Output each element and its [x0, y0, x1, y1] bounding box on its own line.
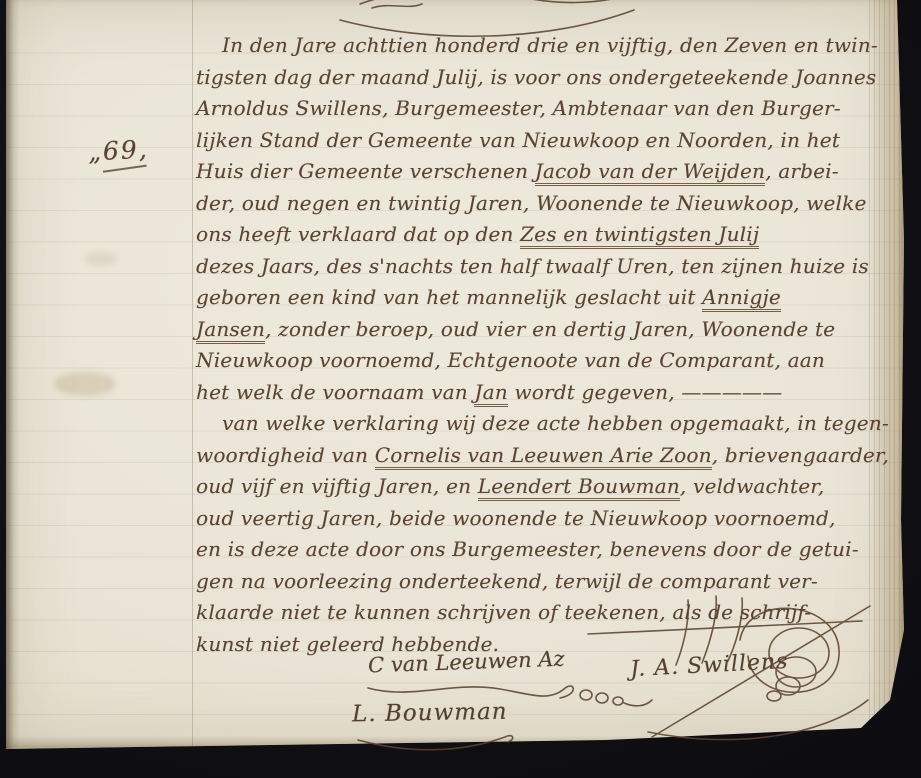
document-line: Nieuwkoop voornoemd, Echtgenoote van de …	[196, 345, 908, 377]
document-line: dezes Jaars, des s'nachts ten half twaal…	[196, 251, 908, 283]
underlined-name: Jan	[474, 380, 507, 407]
document-line: het welk de voornaam van Jan wordt gegev…	[196, 377, 908, 409]
document-line: oud veertig Jaren, beide woonende te Nie…	[196, 503, 908, 535]
document-line: lijken Stand der Gemeente van Nieuwkoop …	[196, 125, 908, 157]
underlined-name: Cornelis van Leeuwen Arie Zoon	[375, 443, 712, 470]
line-text: lijken Stand der Gemeente van Nieuwkoop …	[196, 128, 840, 152]
underlined-name: Leendert Bouwman	[478, 474, 680, 501]
document-line: der, oud negen en twintig Jaren, Woonend…	[196, 188, 908, 220]
document-line: Arnoldus Swillens, Burgemeester, Ambtena…	[196, 93, 908, 125]
line-text: ons heeft verklaard dat op den	[196, 222, 520, 246]
line-text: , zonder beroep, oud vier en dertig Jare…	[265, 317, 835, 341]
line-text: , veldwachter,	[680, 474, 825, 498]
act-number-value: „69,	[87, 134, 149, 166]
document-line: oud vijf en vijftig Jaren, en Leendert B…	[196, 471, 908, 503]
act-number: „69,	[87, 134, 149, 171]
line-text: van welke verklaring wij deze acte hebbe…	[222, 411, 889, 435]
document-line: geboren een kind van het mannelijk gesla…	[196, 282, 908, 314]
line-text: gen na voorleezing onderteekend, terwijl…	[196, 569, 818, 593]
line-text: Arnoldus Swillens, Burgemeester, Ambtena…	[196, 96, 841, 120]
document-line: Jansen, zonder beroep, oud vier en derti…	[196, 314, 908, 346]
document-line: en is deze acte door ons Burgemeester, b…	[196, 534, 908, 566]
line-text: der, oud negen en twintig Jaren, Woonend…	[196, 191, 867, 215]
margin-line	[192, 0, 193, 748]
document-line: tigsten dag der maand Julij, is voor ons…	[196, 62, 908, 94]
document-line: In den Jare achttien honderd drie en vij…	[196, 30, 908, 62]
line-text: oud vijf en vijftig Jaren, en	[196, 474, 478, 498]
line-text: In den Jare achttien honderd drie en vij…	[222, 33, 878, 57]
line-text: Huis dier Gemeente verschenen	[196, 159, 535, 183]
document-line: woordigheid van Cornelis van Leeuwen Ari…	[196, 440, 908, 472]
paper-stain	[54, 372, 116, 396]
signature-bouwman: L. Bouwman	[352, 699, 508, 728]
line-text: dezes Jaars, des s'nachts ten half twaal…	[196, 254, 869, 278]
underlined-name: Zes en twintigsten Julij	[520, 222, 759, 249]
line-text: het welk de voornaam van	[196, 380, 474, 404]
line-text: klaarde niet te kunnen schrijven of teek…	[196, 600, 811, 624]
page-bottom-edge	[6, 736, 905, 752]
document-line: ons heeft verklaard dat op den Zes en tw…	[196, 219, 908, 251]
line-text: oud veertig Jaren, beide woonende te Nie…	[196, 506, 836, 530]
document-line: Huis dier Gemeente verschenen Jacob van …	[196, 156, 908, 188]
line-text: geboren een kind van het mannelijk gesla…	[196, 285, 702, 309]
line-text: woordigheid van	[196, 443, 375, 467]
underlined-name: Jacob van der Weijden	[535, 159, 765, 186]
document-line: gen na voorleezing onderteekend, terwijl…	[196, 566, 908, 598]
paper-stain	[84, 252, 118, 266]
line-text: tigsten dag der maand Julij, is voor ons…	[196, 65, 876, 89]
line-text: , arbei-	[765, 159, 839, 183]
line-text: Nieuwkoop voornoemd, Echtgenoote van de …	[196, 348, 825, 372]
document-line: van welke verklaring wij deze acte hebbe…	[196, 408, 908, 440]
archive-scan: „69, In den Jare achttien honderd drie e…	[0, 0, 921, 778]
underlined-name: Annigje	[702, 285, 781, 312]
line-text: wordt gegeven, —————	[508, 380, 782, 404]
act-body-text: In den Jare achttien honderd drie en vij…	[196, 30, 908, 660]
document-line: klaarde niet te kunnen schrijven of teek…	[196, 597, 908, 629]
line-text: en is deze acte door ons Burgemeester, b…	[196, 537, 859, 561]
underlined-name: Jansen	[196, 317, 265, 344]
line-text: , brievengaarder,	[712, 443, 889, 467]
